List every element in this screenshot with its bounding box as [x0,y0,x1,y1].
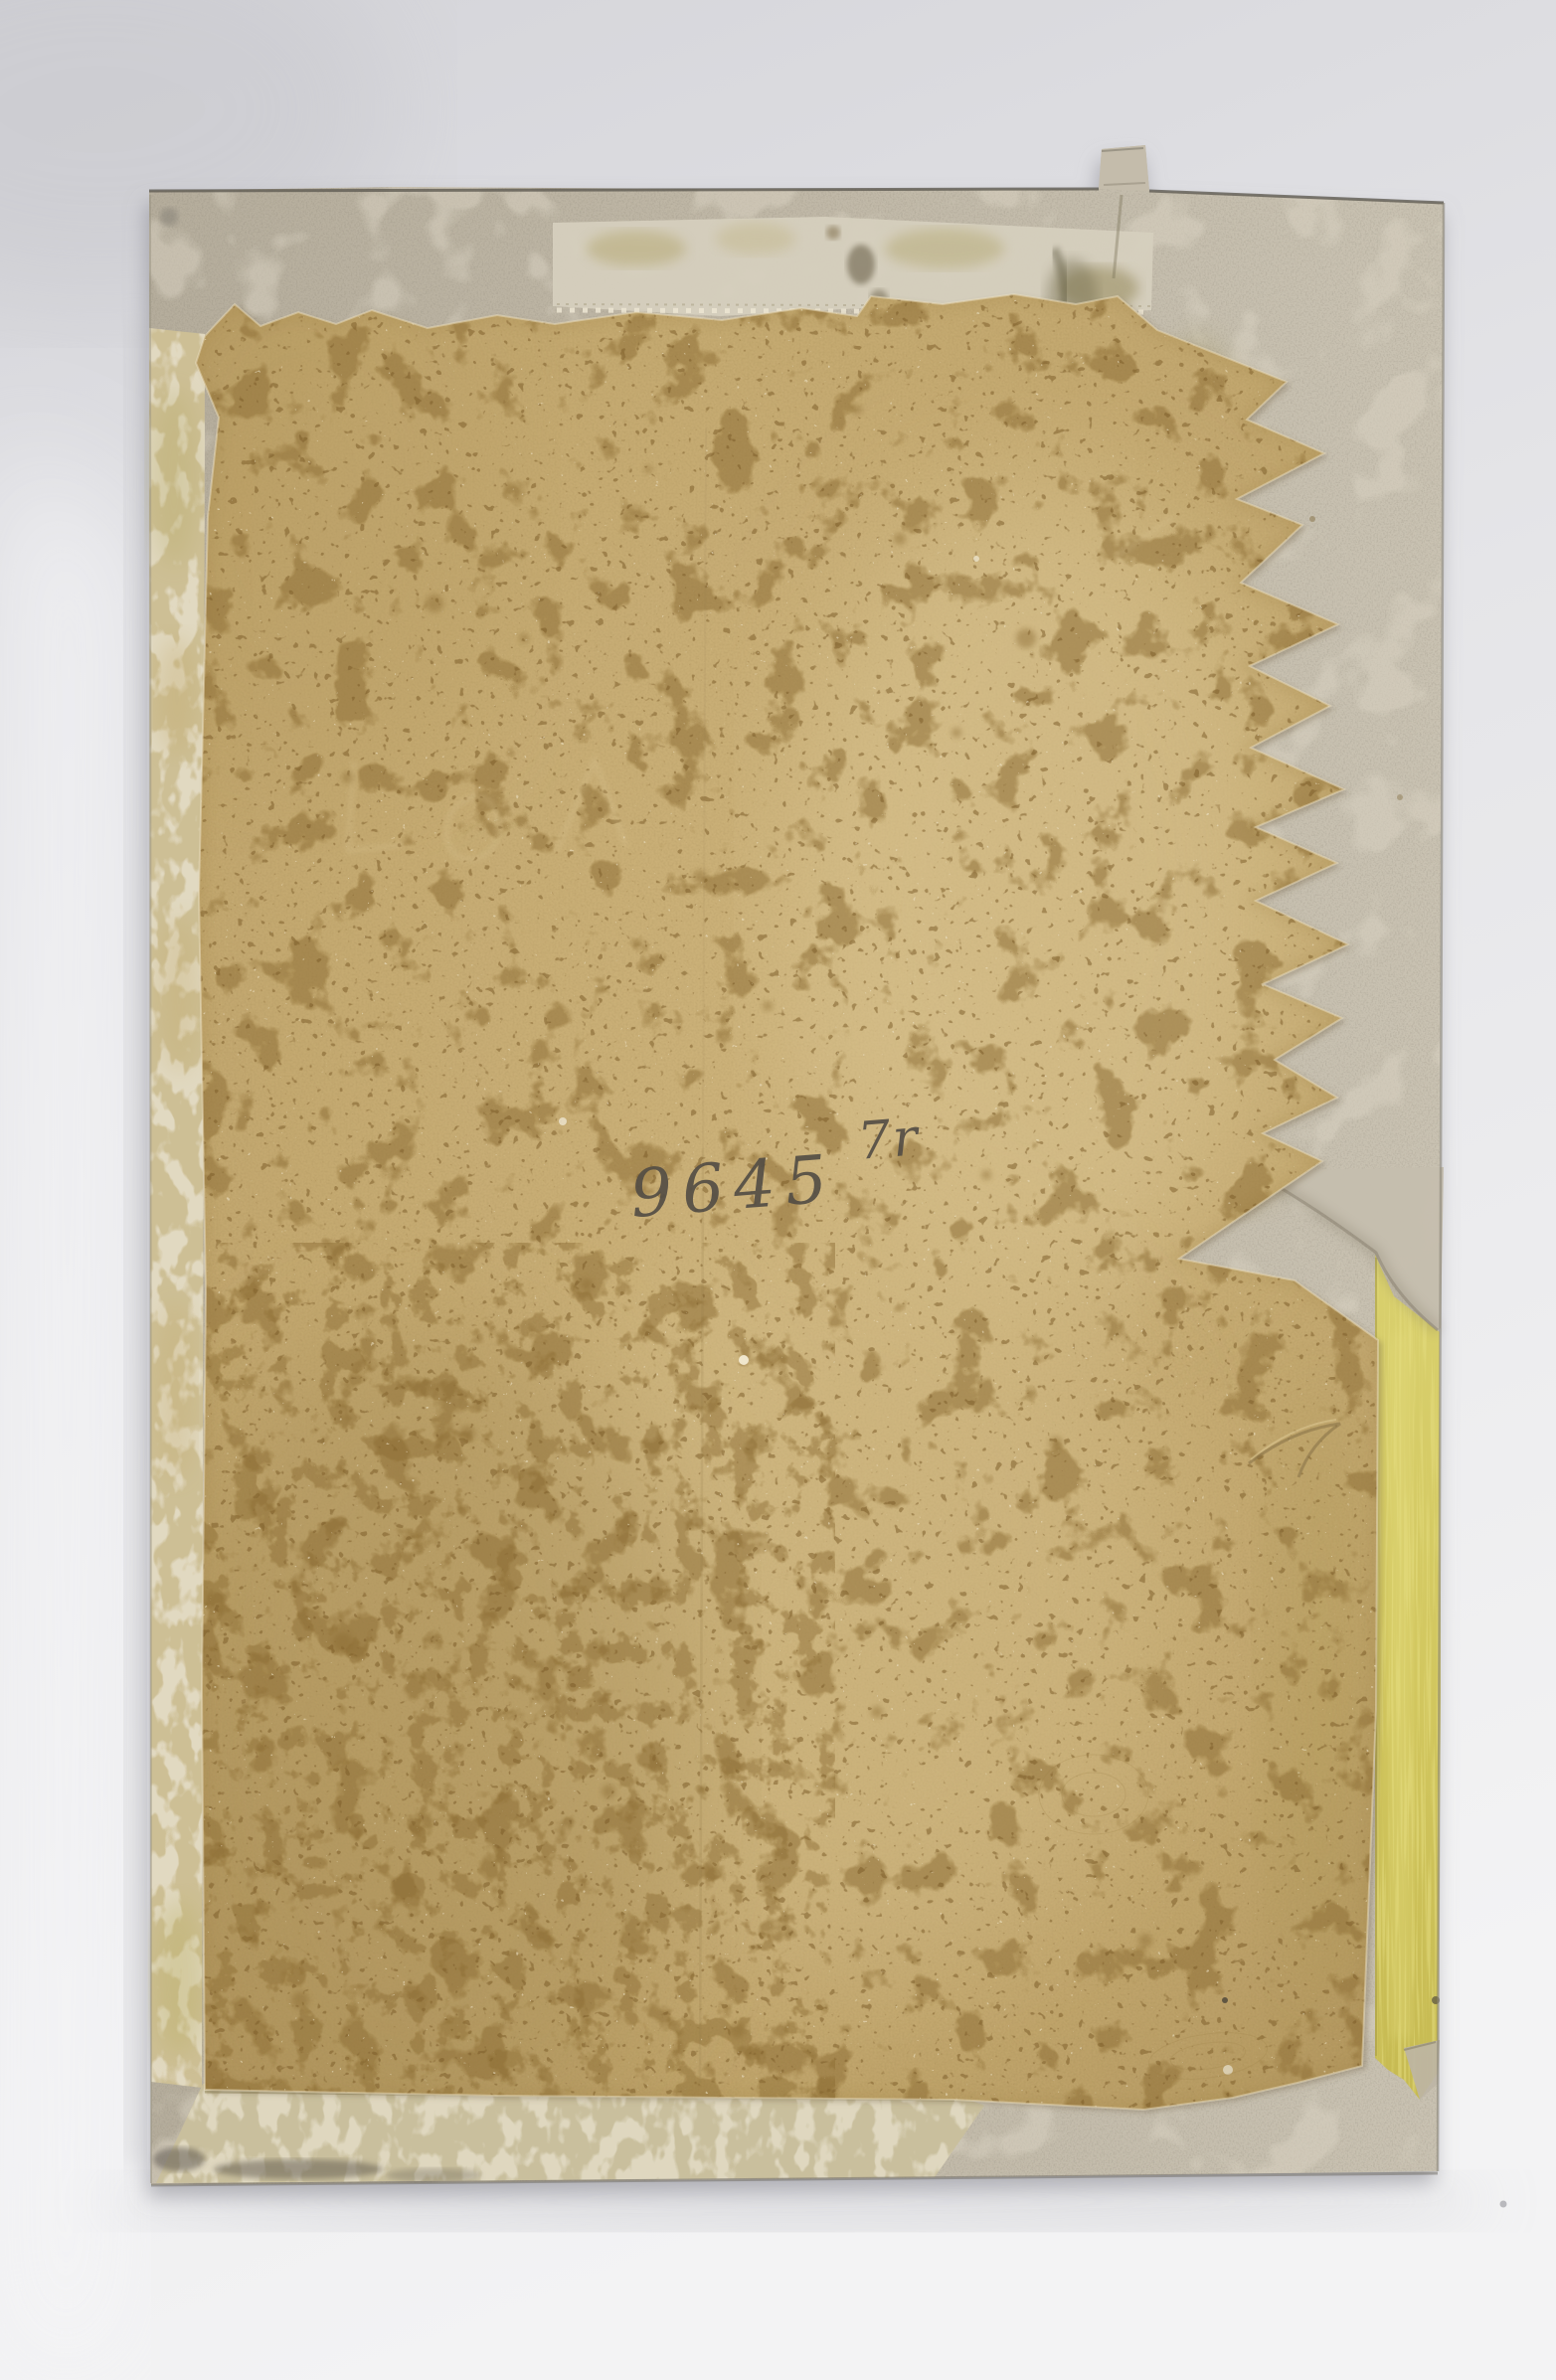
yellowed-tape-strip [1375,1255,1441,2100]
dark-pinhole [1222,1997,1228,2003]
dust-speck [1500,2201,1507,2208]
inscription-suffix: 7r [855,1107,923,1172]
aged-lining-paper: 96457r [80,199,1392,2157]
scene: 96457r [0,0,1556,2380]
inscription-number: 9645 [627,1140,839,1233]
left-edge-line [150,195,151,2183]
photo-of-card-verso: 96457r [0,0,1556,2380]
backdrop-light-wedge [0,427,137,2380]
card-left-shadow [125,318,145,2167]
left-glue-border [149,328,205,2088]
